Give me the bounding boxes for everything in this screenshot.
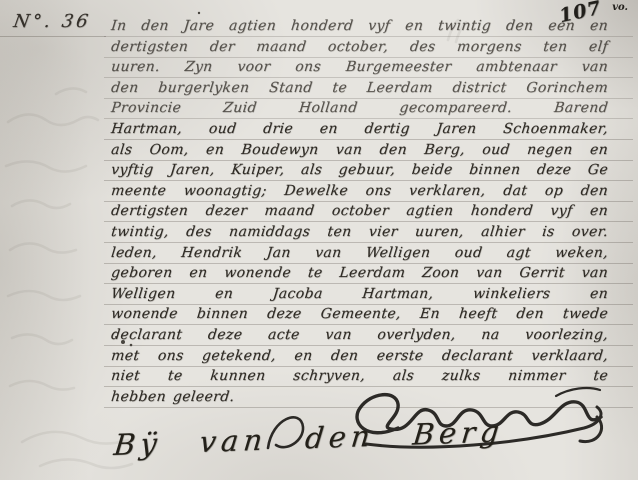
manuscript-line: geboren en wonende te Leerdam Zoon van G… (104, 263, 635, 284)
manuscript-line: uuren. Zyn voor ons Burgemeester ambtena… (104, 57, 635, 78)
manuscript-line: dertigsten der maand october, des morgen… (104, 37, 635, 58)
manuscript-line: als Oom, en Boudewyn van den Berg, oud n… (104, 140, 635, 161)
manuscript-line: meente woonagtig; Dewelke ons verklaren,… (104, 181, 635, 202)
manuscript-line: den burgerlyken Stand te Leerdam distric… (104, 78, 635, 99)
manuscript-line: Hartman, oud drie en dertig Jaren Schoen… (104, 119, 635, 140)
manuscript-line: Welligen en Jacoba Hartman, winkeliers e… (104, 284, 635, 305)
manuscript-line: niet te kunnen schryven, als zulks nimme… (104, 366, 635, 387)
manuscript-line: In den Jare agtien honderd vyf en twinti… (104, 16, 635, 37)
manuscript-line: dertigsten dezer maand october agtien ho… (104, 201, 635, 222)
manuscript-line: hebben geleerd. (104, 387, 635, 408)
manuscript-line: twintig, des namiddags ten vier uuren, a… (104, 222, 635, 243)
manuscript-line: leden, Hendrik Jan van Welligen oud agt … (104, 243, 635, 264)
scanned-death-record: N°. 36 107 vo. In den Jare agtien honder… (0, 0, 638, 480)
manuscript-body: In den Jare agtien honderd vyf en twinti… (104, 16, 638, 407)
manuscript-line: declarant deze acte van overlyden, na vo… (104, 325, 635, 346)
manuscript-line: vyftig Jaren, Kuiper, als gebuur, beide … (104, 160, 635, 181)
manuscript-line: wonende binnen deze Gemeente, En heeft d… (104, 304, 635, 325)
manuscript-line: Provincie Zuid Holland gecompareerd. Bar… (104, 98, 635, 119)
manuscript-line: met ons getekend, en den eerste declaran… (104, 346, 635, 367)
folio-verso-suffix: vo. (612, 2, 628, 13)
act-number: N°. 36 (12, 11, 92, 32)
ruled-line-left-extension (0, 36, 106, 37)
